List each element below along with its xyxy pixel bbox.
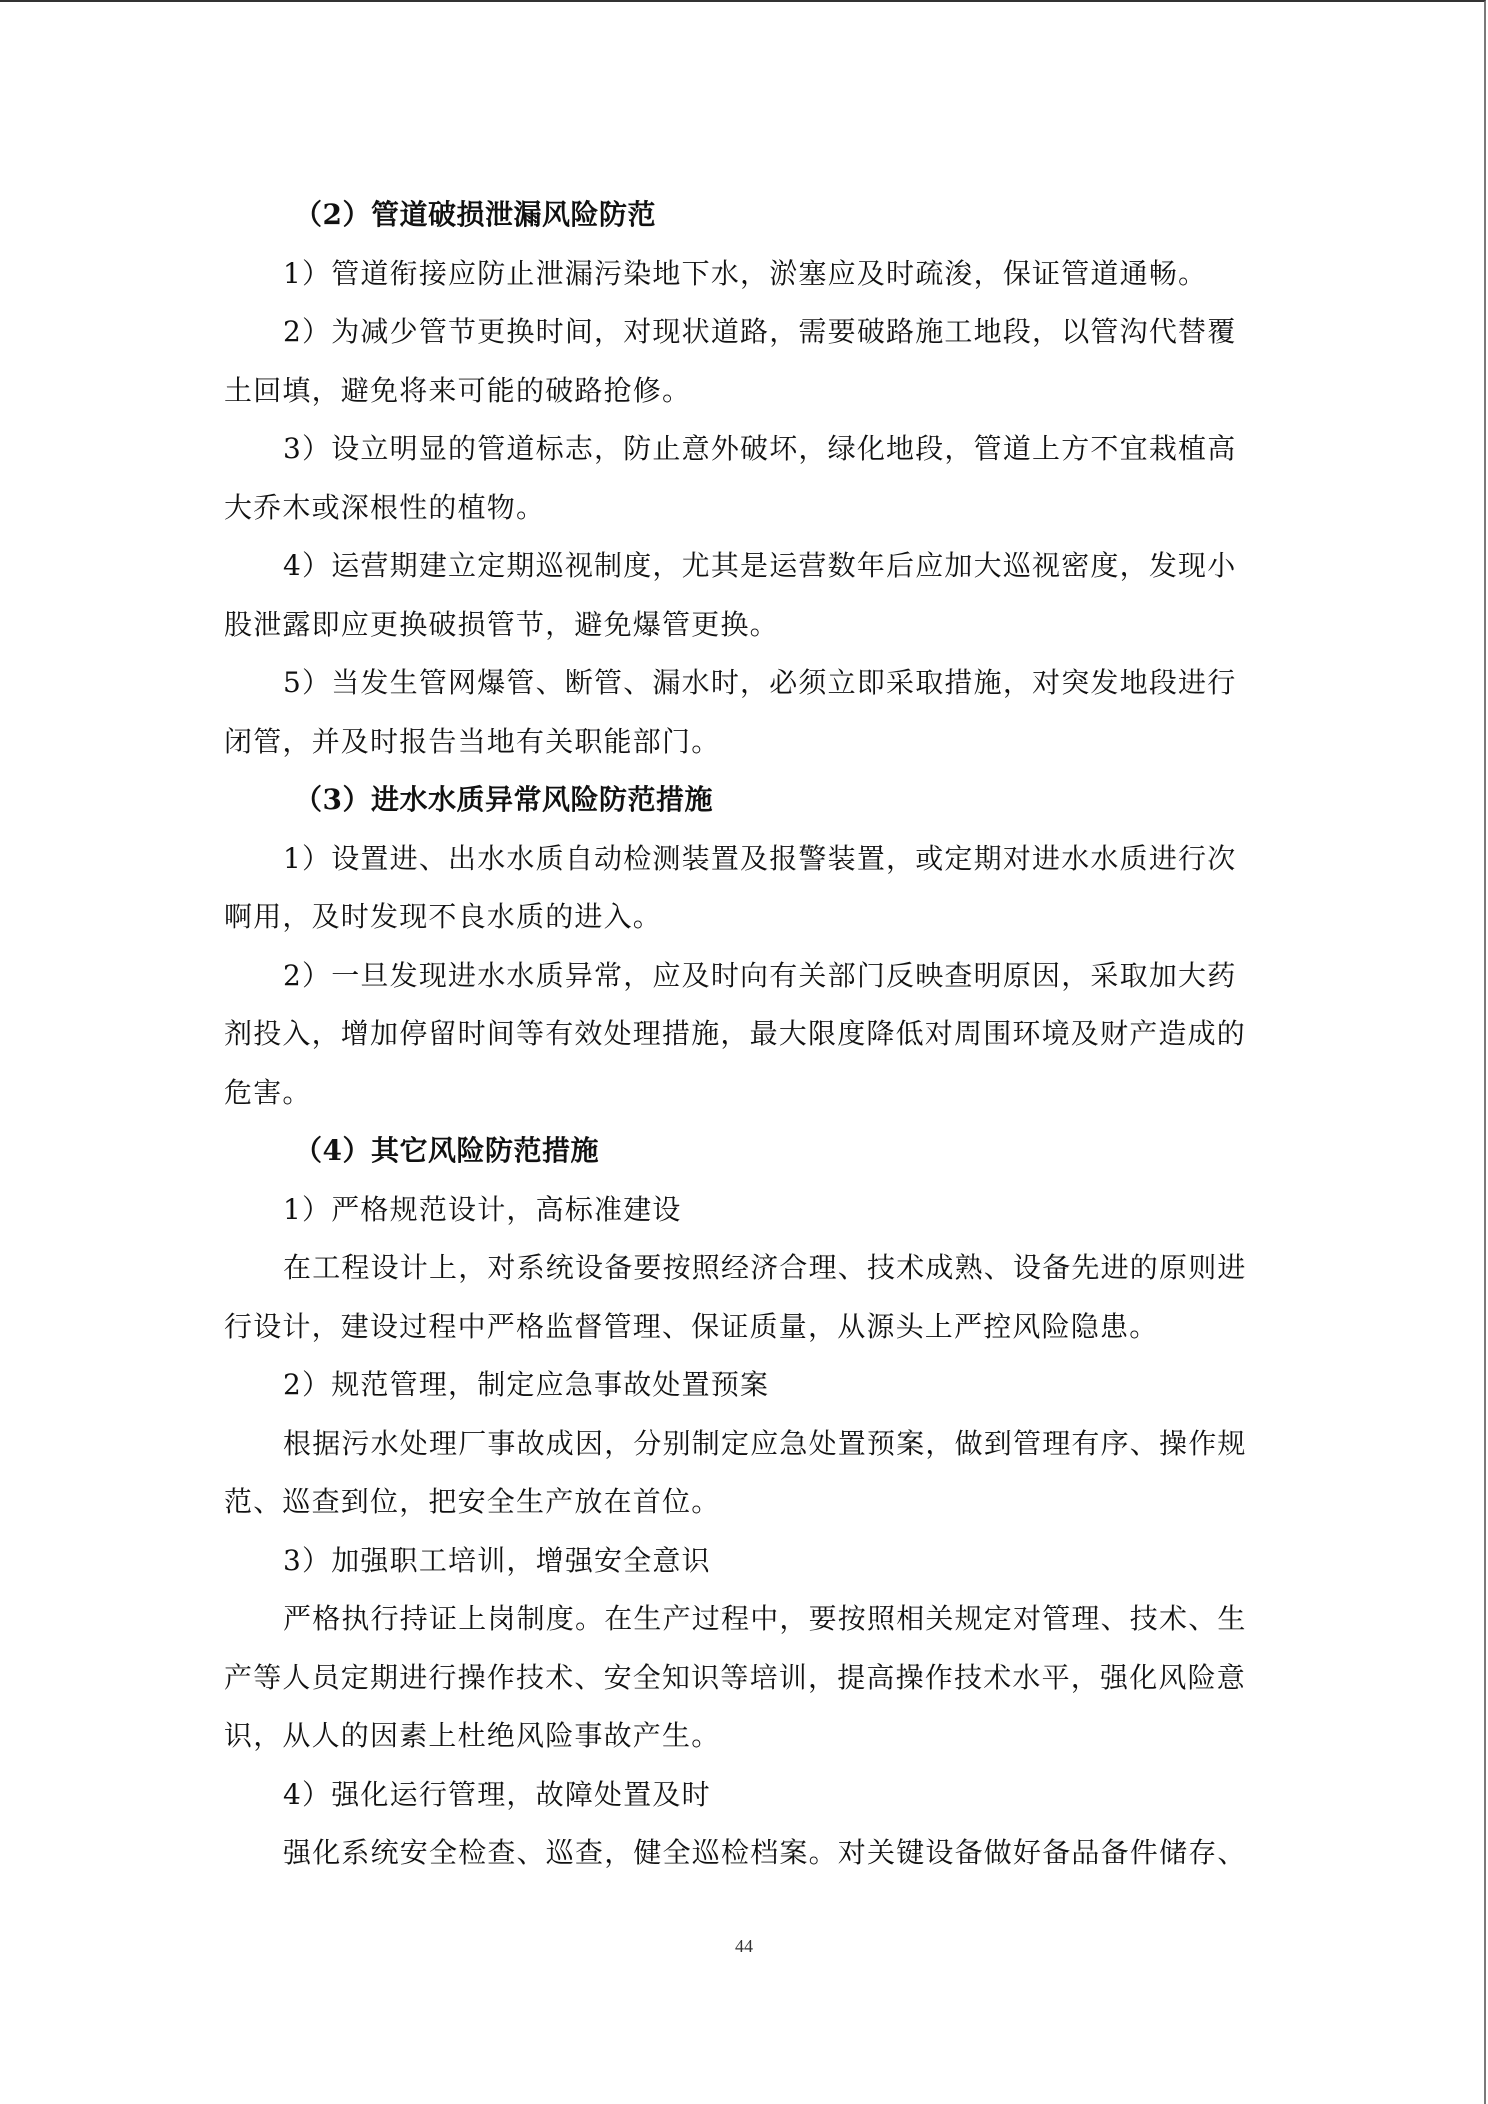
paragraph: 1）严格规范设计，高标准建设 [224, 1181, 1264, 1240]
subheading-line: 1）严格规范设计，高标准建设 [224, 1181, 1264, 1240]
paragraph: 2）为减少管节更换时间，对现状道路，需要破路施工地段，以管沟代替覆 土回填，避免… [224, 303, 1264, 420]
paragraph: 严格执行持证上岗制度。在生产过程中，要按照相关规定对管理、技术、生 产等人员定期… [224, 1590, 1264, 1766]
paragraph-line: 股泄露即应更换破损管节，避免爆管更换。 [224, 596, 1264, 655]
subheading-line: 4）强化运行管理，故障处置及时 [224, 1766, 1264, 1825]
paragraph: 2）一旦发现进水水质异常，应及时向有关部门反映查明原因，采取加大药 剂投入，增加… [224, 947, 1264, 1123]
paragraph-line: 严格执行持证上岗制度。在生产过程中，要按照相关规定对管理、技术、生 [224, 1590, 1264, 1649]
paragraph-line: 危害。 [224, 1064, 1264, 1123]
paragraph-line: 范、巡查到位，把安全生产放在首位。 [224, 1473, 1264, 1532]
paragraph: 3）加强职工培训，增强安全意识 [224, 1532, 1264, 1591]
paragraph: 4）强化运行管理，故障处置及时 [224, 1766, 1264, 1825]
subheading-line: 3）加强职工培训，增强安全意识 [224, 1532, 1264, 1591]
paragraph: 在工程设计上，对系统设备要按照经济合理、技术成熟、设备先进的原则进 行设计，建设… [224, 1239, 1264, 1356]
paragraph: 1）管道衔接应防止泄漏污染地下水，淤塞应及时疏浚，保证管道通畅。 [224, 245, 1264, 304]
paragraph: 3）设立明显的管道标志，防止意外破坏，绿化地段，管道上方不宜栽植高 大乔木或深根… [224, 420, 1264, 537]
page-number: 44 [0, 1936, 1488, 1957]
paragraph: 4）运营期建立定期巡视制度，尤其是运营数年后应加大巡视密度，发现小 股泄露即应更… [224, 537, 1264, 654]
paragraph-line: 1）管道衔接应防止泄漏污染地下水，淤塞应及时疏浚，保证管道通畅。 [224, 245, 1264, 304]
paragraph: 5）当发生管网爆管、断管、漏水时，必须立即采取措施，对突发地段进行 闭管，并及时… [224, 654, 1264, 771]
paragraph-line: 土回填，避免将来可能的破路抢修。 [224, 362, 1264, 421]
paragraph-line: 4）运营期建立定期巡视制度，尤其是运营数年后应加大巡视密度，发现小 [224, 537, 1264, 596]
paragraph-line: 1）设置进、出水水质自动检测装置及报警装置，或定期对进水水质进行次 [224, 830, 1264, 889]
paragraph-line: 行设计，建设过程中严格监督管理、保证质量，从源头上严控风险隐患。 [224, 1298, 1264, 1357]
paragraph-line: 2）一旦发现进水水质异常，应及时向有关部门反映查明原因，采取加大药 [224, 947, 1264, 1006]
paragraph-line: 产等人员定期进行操作技术、安全知识等培训，提高操作技术水平，强化风险意 [224, 1649, 1264, 1708]
paragraph: 强化系统安全检查、巡查，健全巡检档案。对关键设备做好备品备件储存、 [224, 1824, 1264, 1883]
paragraph-line: 识，从人的因素上杜绝风险事故产生。 [224, 1707, 1264, 1766]
paragraph-line: 2）为减少管节更换时间，对现状道路，需要破路施工地段，以管沟代替覆 [224, 303, 1264, 362]
document-body: （2）管道破损泄漏风险防范 1）管道衔接应防止泄漏污染地下水，淤塞应及时疏浚，保… [224, 186, 1264, 1883]
paragraph-line: 剂投入，增加停留时间等有效处理措施，最大限度降低对周围环境及财产造成的 [224, 1005, 1264, 1064]
section-heading: （3）进水水质异常风险防范措施 [224, 771, 1264, 830]
paragraph-line: 3）设立明显的管道标志，防止意外破坏，绿化地段，管道上方不宜栽植高 [224, 420, 1264, 479]
paragraph: 1）设置进、出水水质自动检测装置及报警装置，或定期对进水水质进行次 啊用，及时发… [224, 830, 1264, 947]
paragraph-line: 闭管，并及时报告当地有关职能部门。 [224, 713, 1264, 772]
paragraph-line: 在工程设计上，对系统设备要按照经济合理、技术成熟、设备先进的原则进 [224, 1239, 1264, 1298]
paragraph-line: 强化系统安全检查、巡查，健全巡检档案。对关键设备做好备品备件储存、 [224, 1824, 1264, 1883]
paragraph: 根据污水处理厂事故成因，分别制定应急处置预案，做到管理有序、操作规 范、巡查到位… [224, 1415, 1264, 1532]
paragraph-line: 大乔木或深根性的植物。 [224, 479, 1264, 538]
paragraph-line: 根据污水处理厂事故成因，分别制定应急处置预案，做到管理有序、操作规 [224, 1415, 1264, 1474]
section-heading: （4）其它风险防范措施 [224, 1122, 1264, 1181]
paragraph-line: 5）当发生管网爆管、断管、漏水时，必须立即采取措施，对突发地段进行 [224, 654, 1264, 713]
paragraph-line: 啊用，及时发现不良水质的进入。 [224, 888, 1264, 947]
subheading-line: 2）规范管理，制定应急事故处置预案 [224, 1356, 1264, 1415]
paragraph: 2）规范管理，制定应急事故处置预案 [224, 1356, 1264, 1415]
section-heading: （2）管道破损泄漏风险防范 [224, 186, 1264, 245]
